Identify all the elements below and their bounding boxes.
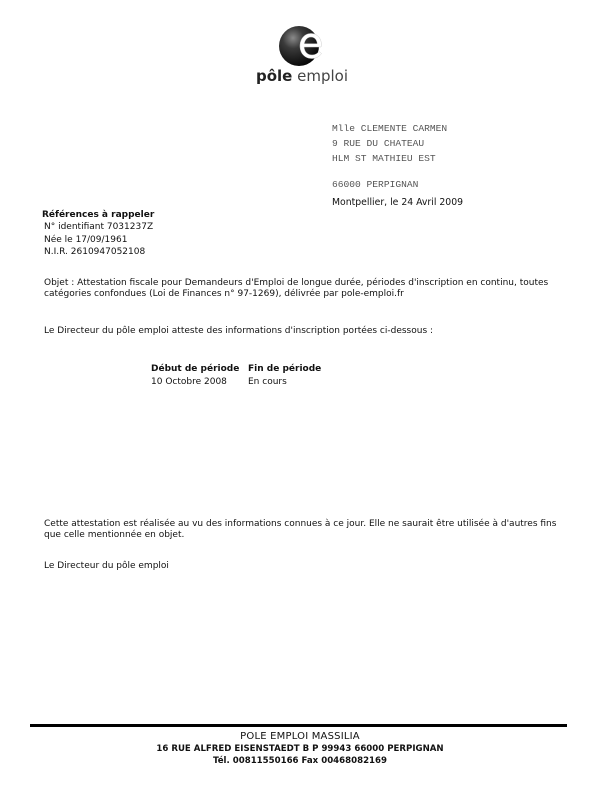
footer: POLE EMPLOI MASSILIA 16 RUE ALFRED EISEN… <box>0 731 600 767</box>
pole-emploi-logo-icon <box>277 20 325 68</box>
reference-identifiant: N° identifiant 7031237Z <box>42 221 154 233</box>
place-and-date: Montpellier, le 24 Avril 2009 <box>332 197 463 208</box>
footer-organization: POLE EMPLOI MASSILIA <box>0 731 600 743</box>
period-start-value: 10 Octobre 2008 <box>151 376 248 389</box>
period-end-column: Fin de période En cours <box>248 363 321 388</box>
subject-paragraph: Objet : Attestation fiscale pour Demande… <box>44 278 564 299</box>
recipient-address: Mlle CLEMENTE CARMEN 9 RUE DU CHATEAU HL… <box>332 121 447 192</box>
period-end-value: En cours <box>248 376 321 389</box>
recipient-address-line1: 9 RUE DU CHATEAU <box>332 136 447 151</box>
period-start-column: Début de période 10 Octobre 2008 <box>151 363 248 388</box>
references-title: Références à rappeler <box>42 209 154 221</box>
reference-nir: N.I.R. 2610947052108 <box>42 246 154 258</box>
brand-wordmark-pole: pôle <box>256 67 292 85</box>
brand-wordmark: pôle emploi <box>256 67 346 85</box>
recipient-name: Mlle CLEMENTE CARMEN <box>332 121 447 136</box>
period-start-header: Début de période <box>151 363 248 376</box>
footer-address: 16 RUE ALFRED EISENSTAEDT B P 99943 6600… <box>0 743 600 755</box>
period-table: Début de période 10 Octobre 2008 Fin de … <box>151 363 321 388</box>
period-end-header: Fin de période <box>248 363 321 376</box>
attestation-intro: Le Directeur du pôle emploi atteste des … <box>44 326 564 337</box>
brand-wordmark-emploi: emploi <box>292 67 348 85</box>
signature-line: Le Directeur du pôle emploi <box>44 561 564 572</box>
reference-birth-date: Née le 17/09/1961 <box>42 234 154 246</box>
footer-divider <box>30 724 567 727</box>
recipient-city: 66000 PERPIGNAN <box>332 177 447 192</box>
recipient-address-line2: HLM ST MATHIEU EST <box>332 151 447 166</box>
references-block: Références à rappeler N° identifiant 703… <box>42 209 154 259</box>
footer-contact: Tél. 00811550166 Fax 00468082169 <box>0 755 600 767</box>
closing-paragraph: Cette attestation est réalisée au vu des… <box>44 519 564 540</box>
